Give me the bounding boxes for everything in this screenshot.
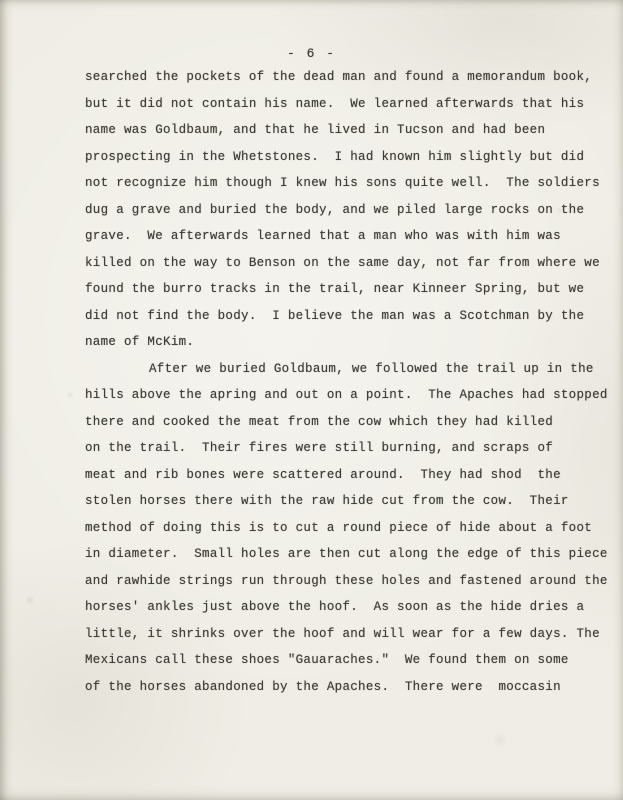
page-number: - 6 - [0,46,623,61]
scanned-document: - 6 - searched the pockets of the dead m… [0,0,623,800]
text-line: horses' ankles just above the hoof. As s… [85,594,593,621]
text-line: little, it shrinks over the hoof and wil… [85,621,593,648]
text-line: on the trail. Their fires were still bur… [85,435,593,462]
text-line: not recognize him though I knew his sons… [85,170,593,197]
text-line: dug a grave and buried the body, and we … [85,197,593,224]
text-line: After we buried Goldbaum, we followed th… [85,356,593,383]
text-line: name of McKim. [85,329,593,356]
text-line: meat and rib bones were scattered around… [85,462,593,489]
text-line: name was Goldbaum, and that he lived in … [85,117,593,144]
text-line: prospecting in the Whetstones. I had kno… [85,144,593,171]
text-line: Mexicans call these shoes "Gauaraches." … [85,647,593,674]
text-line: method of doing this is to cut a round p… [85,515,593,542]
text-line: hills above the apring and out on a poin… [85,382,593,409]
paper-sheet: - 6 - searched the pockets of the dead m… [0,0,623,800]
text-line: there and cooked the meat from the cow w… [85,409,593,436]
text-line: in diameter. Small holes are then cut al… [85,541,593,568]
text-line: stolen horses there with the raw hide cu… [85,488,593,515]
text-line: and rawhide strings run through these ho… [85,568,593,595]
text-line: killed on the way to Benson on the same … [85,250,593,277]
text-line: of the horses abandoned by the Apaches. … [85,674,593,701]
text-line: but it did not contain his name. We lear… [85,91,593,118]
text-line: did not find the body. I believe the man… [85,303,593,330]
typewritten-text-block: searched the pockets of the dead man and… [85,64,593,700]
text-line: found the burro tracks in the trail, nea… [85,276,593,303]
text-line: grave. We afterwards learned that a man … [85,223,593,250]
text-line: searched the pockets of the dead man and… [85,64,593,91]
